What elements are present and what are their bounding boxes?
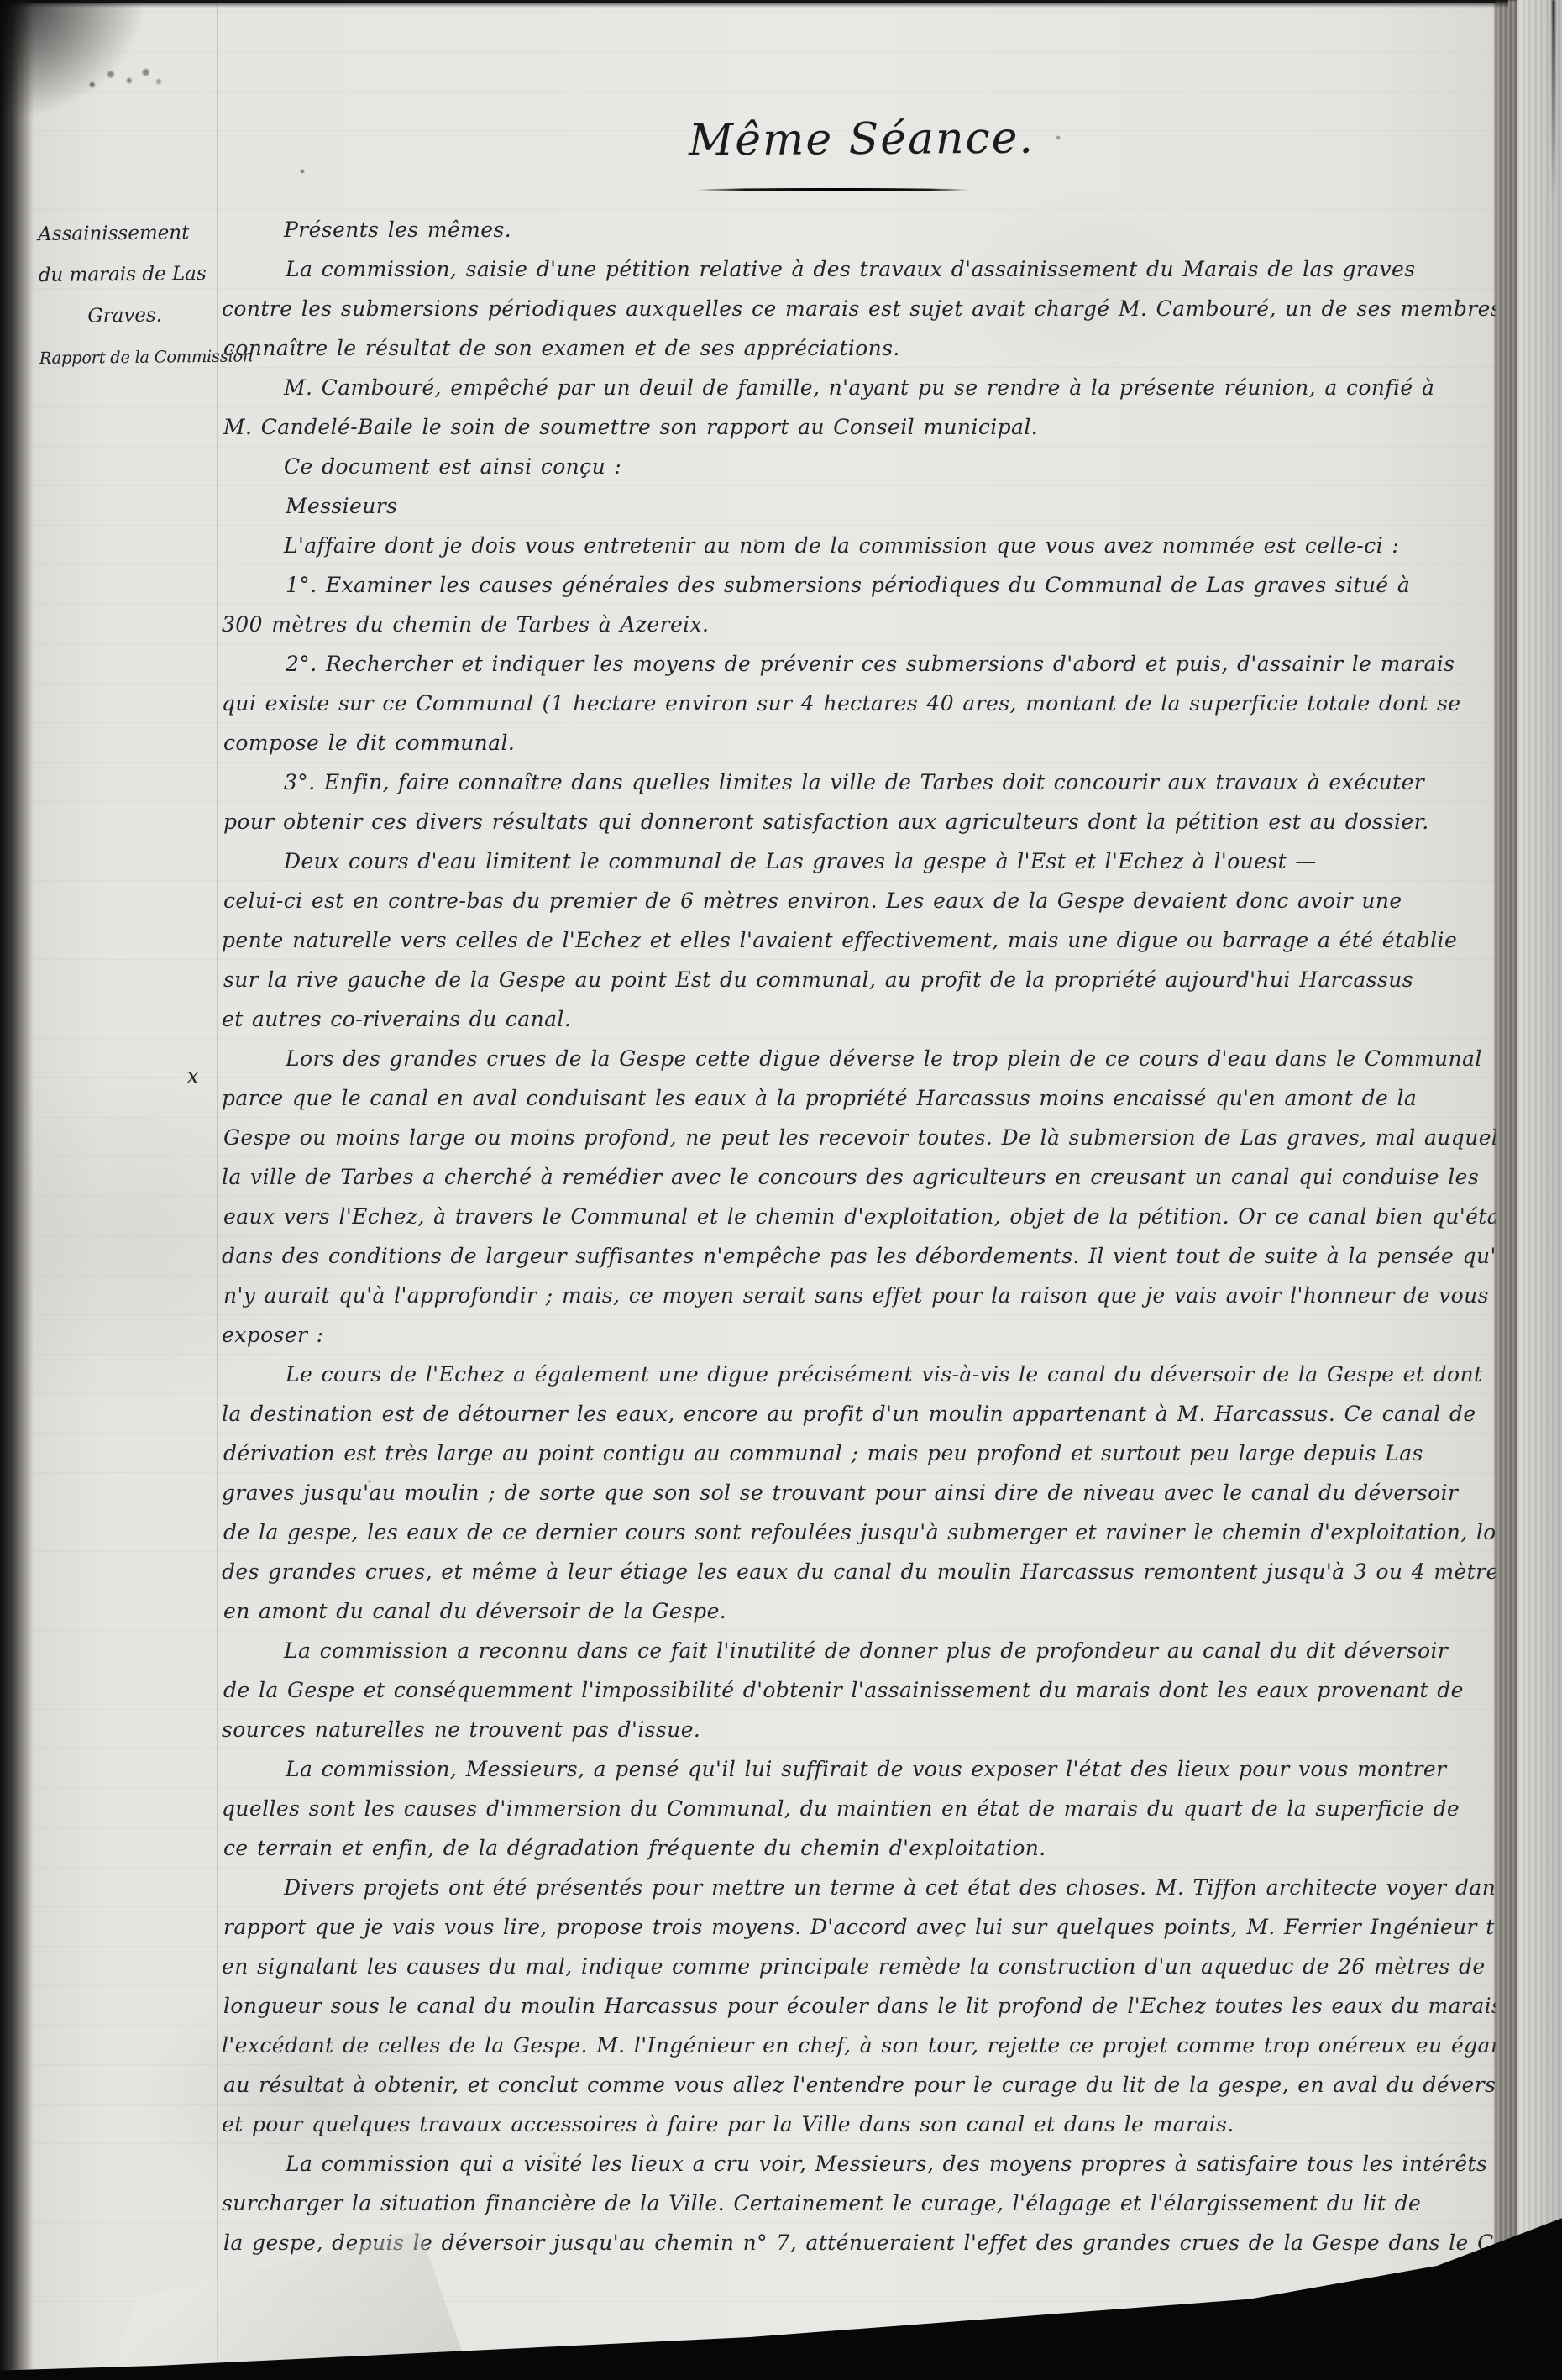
manuscript-page: 9 Même Séance. Assainissementdu marais d… — [17, 3, 1505, 2380]
manuscript-line: et pour quelques travaux accessoires à f… — [222, 2105, 1519, 2144]
manuscript-line: longueur sous le canal du moulin Harcass… — [223, 1986, 1521, 2026]
manuscript-line: de la gespe, les eaux de ce dernier cour… — [223, 1512, 1521, 1552]
margin-annotation-line: Assainissement — [38, 212, 213, 255]
manuscript-line: en signalant les causes du mal, indique … — [222, 1947, 1519, 1986]
manuscript-line: 3°. Enfin, faire connaître dans quelles … — [222, 763, 1519, 802]
manuscript-line: quelles sont les causes d'immersion du C… — [222, 1789, 1519, 1828]
manuscript-line: dérivation est très large au point conti… — [223, 1434, 1521, 1473]
manuscript-line: la destination est de détourner les eaux… — [222, 1394, 1519, 1434]
manuscript-line: ce terrain et enfin, de la dégradation f… — [223, 1828, 1521, 1868]
manuscript-line: eaux vers l'Echez, à travers le Communal… — [223, 1197, 1521, 1236]
book-top-edge — [0, 0, 1508, 8]
manuscript-line: rapport que je vais vous lire, propose t… — [223, 1907, 1521, 1947]
manuscript-line: Messieurs — [223, 486, 1521, 526]
manuscript-scan: 9 Même Séance. Assainissementdu marais d… — [0, 0, 1562, 2380]
adjacent-page-stack — [1517, 0, 1562, 2380]
manuscript-line: en amont du canal du déversoir de la Ges… — [223, 1591, 1521, 1631]
manuscript-line: surcharger la situation financière de la… — [222, 2183, 1519, 2223]
manuscript-line: pour obtenir ces divers résultats qui do… — [223, 802, 1521, 841]
manuscript-line: 2°. Rechercher et indiquer les moyens de… — [223, 644, 1521, 684]
manuscript-line: n'y aurait qu'à l'approfondir ; mais, ce… — [223, 1276, 1521, 1315]
manuscript-line: M. Cambouré, empêché par un deuil de fam… — [222, 368, 1519, 407]
manuscript-line: Lors des grandes crues de la Gespe cette… — [223, 1039, 1521, 1078]
manuscript-line: de la Gespe et conséquemment l'impossibi… — [223, 1670, 1521, 1710]
manuscript-line: contre les submersions périodiques auxqu… — [222, 289, 1519, 328]
manuscript-line: Le cours de l'Echez a également une digu… — [223, 1355, 1521, 1394]
manuscript-body: Présents les mêmes.La commission, saisie… — [223, 210, 1521, 2262]
manuscript-line: parce que le canal en aval conduisant le… — [222, 1078, 1519, 1118]
manuscript-line: Divers projets ont été présentés pour me… — [222, 1868, 1519, 1907]
manuscript-line: l'excédant de celles de la Gespe. M. l'I… — [222, 2026, 1519, 2065]
manuscript-line: qui existe sur ce Communal (1 hectare en… — [222, 684, 1519, 723]
manuscript-line: La commission a reconnu dans ce fait l'i… — [222, 1631, 1519, 1670]
manuscript-line: La commission, saisie d'une pétition rel… — [223, 249, 1521, 289]
manuscript-line: au résultat à obtenir, et conclut comme … — [223, 2065, 1521, 2105]
manuscript-line: compose le dit communal. — [223, 723, 1521, 763]
torn-page-edge — [1495, 0, 1518, 2380]
manuscript-line: sources naturelles ne trouvent pas d'iss… — [222, 1710, 1519, 1749]
manuscript-line: 1°. Examiner les causes générales des su… — [223, 565, 1521, 605]
page-stack-shadow-line — [1552, 0, 1555, 202]
title-underline-flourish — [694, 188, 971, 191]
manuscript-line: Ce document est ainsi conçu : — [222, 447, 1519, 486]
manuscript-line: exposer : — [222, 1315, 1519, 1355]
manuscript-line: des grandes crues, et même à leur étiage… — [222, 1552, 1519, 1591]
margin-x-mark: x — [186, 1063, 199, 1089]
manuscript-line: pente naturelle vers celles de l'Echez e… — [222, 920, 1519, 960]
book-corner-shadow — [0, 0, 143, 118]
book-spine-edge — [0, 0, 34, 2380]
manuscript-line: dans des conditions de largeur suffisant… — [222, 1236, 1519, 1276]
manuscript-line: Gespe ou moins large ou moins profond, n… — [223, 1118, 1521, 1157]
manuscript-line: graves jusqu'au moulin ; de sorte que so… — [222, 1473, 1519, 1512]
manuscript-line: L'affaire dont je dois vous entretenir a… — [222, 526, 1519, 565]
manuscript-line: et autres co-riverains du canal. — [222, 999, 1519, 1039]
manuscript-line: La commission, Messieurs, a pensé qu'il … — [223, 1749, 1521, 1789]
margin-annotation-line: du marais de Las — [38, 254, 213, 296]
manuscript-line: celui-ci est en contre-bas du premier de… — [223, 881, 1521, 920]
manuscript-line: M. Candelé-Baile le soin de soumettre so… — [223, 407, 1521, 447]
manuscript-line: Présents les mêmes. — [222, 210, 1519, 249]
page-title: Même Séance. — [689, 113, 1035, 166]
manuscript-line: sur la rive gauche de la Gespe au point … — [223, 960, 1521, 999]
manuscript-line: Deux cours d'eau limitent le communal de… — [222, 841, 1519, 881]
manuscript-line: connaître le résultat de son examen et d… — [223, 328, 1521, 368]
margin-annotation-line: Graves. — [39, 295, 214, 338]
margin-annotation-line: Rapport de la Commission — [39, 336, 215, 379]
manuscript-line: La commission qui a visité les lieux a c… — [223, 2144, 1521, 2183]
margin-annotation: Assainissementdu marais de LasGraves.Rap… — [38, 212, 214, 379]
manuscript-line: 300 mètres du chemin de Tarbes à Azereix… — [222, 605, 1519, 644]
manuscript-line: la ville de Tarbes a cherché à remédier … — [222, 1157, 1519, 1197]
